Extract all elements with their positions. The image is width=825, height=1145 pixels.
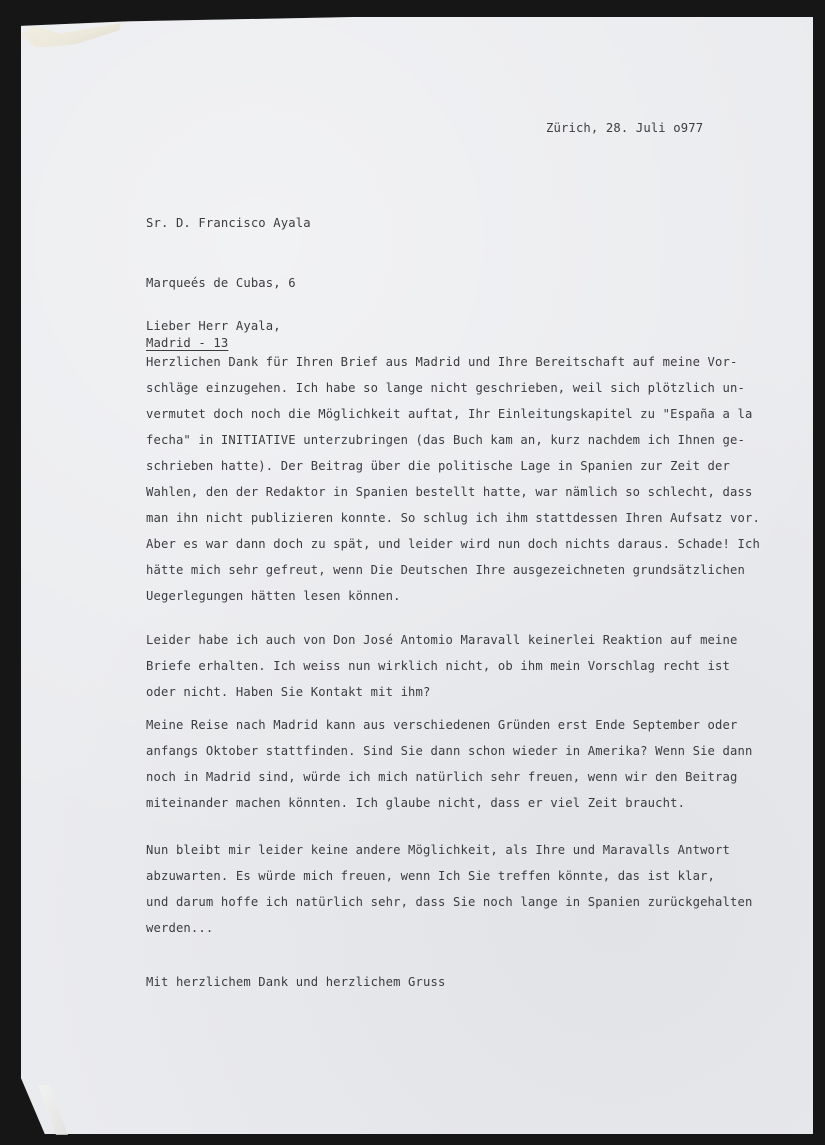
text-line: Wahlen, den der Redaktor in Spanien best…	[146, 479, 760, 505]
text-line: Briefe erhalten. Ich weiss nun wirklich …	[146, 653, 738, 679]
text-line: man ihn nicht publizieren konnte. So sch…	[146, 505, 760, 531]
closing-line: Mit herzlichem Dank und herzlichem Gruss	[146, 969, 446, 995]
text-line: Aber es war dann doch zu spät, und leide…	[146, 531, 760, 557]
text-line: Nun bleibt mir leider keine andere Mögli…	[146, 837, 753, 863]
text-line: Herzlichen Dank für Ihren Brief aus Madr…	[146, 349, 760, 375]
paragraph-3: Meine Reise nach Madrid kann aus verschi…	[146, 712, 753, 816]
text-line: hätte mich sehr gefreut, wenn Die Deutsc…	[146, 557, 760, 583]
text-line: miteinander machen könnten. Ich glaube n…	[146, 790, 753, 816]
salutation: Lieber Herr Ayala,	[146, 313, 281, 339]
text-line: vermutet doch noch die Möglichkeit aufta…	[146, 401, 760, 427]
recipient-name: Sr. D. Francisco Ayala	[146, 213, 311, 233]
text-line: noch in Madrid sind, würde ich mich natü…	[146, 764, 753, 790]
paragraph-4: Nun bleibt mir leider keine andere Mögli…	[146, 837, 753, 941]
text-line: schrieben hatte). Der Beitrag über die p…	[146, 453, 760, 479]
text-line: Meine Reise nach Madrid kann aus verschi…	[146, 712, 753, 738]
text-line: schläge einzugehen. Ich habe so lange ni…	[146, 375, 760, 401]
text-line: anfangs Oktober stattfinden. Sind Sie da…	[146, 738, 753, 764]
recipient-street: Marqueés de Cubas, 6	[146, 273, 311, 293]
text-line: Leider habe ich auch von Don José Antomi…	[146, 627, 738, 653]
date-line: Zürich, 28. Juli o977	[546, 121, 703, 135]
paragraph-2: Leider habe ich auch von Don José Antomi…	[146, 627, 738, 705]
text-line: Uegerlegungen hätten lesen können.	[146, 583, 760, 609]
text-line: fecha" in INITIATIVE unterzubringen (das…	[146, 427, 760, 453]
paragraph-1: Herzlichen Dank für Ihren Brief aus Madr…	[146, 349, 760, 609]
text-line: und darum hoffe ich natürlich sehr, dass…	[146, 889, 753, 915]
scanned-page: Zürich, 28. Juli o977 Sr. D. Francisco A…	[0, 0, 825, 1145]
text-line: abzuwarten. Es würde mich freuen, wenn I…	[146, 863, 753, 889]
text-line: werden...	[146, 915, 753, 941]
text-line: oder nicht. Haben Sie Kontakt mit ihm?	[146, 679, 738, 705]
